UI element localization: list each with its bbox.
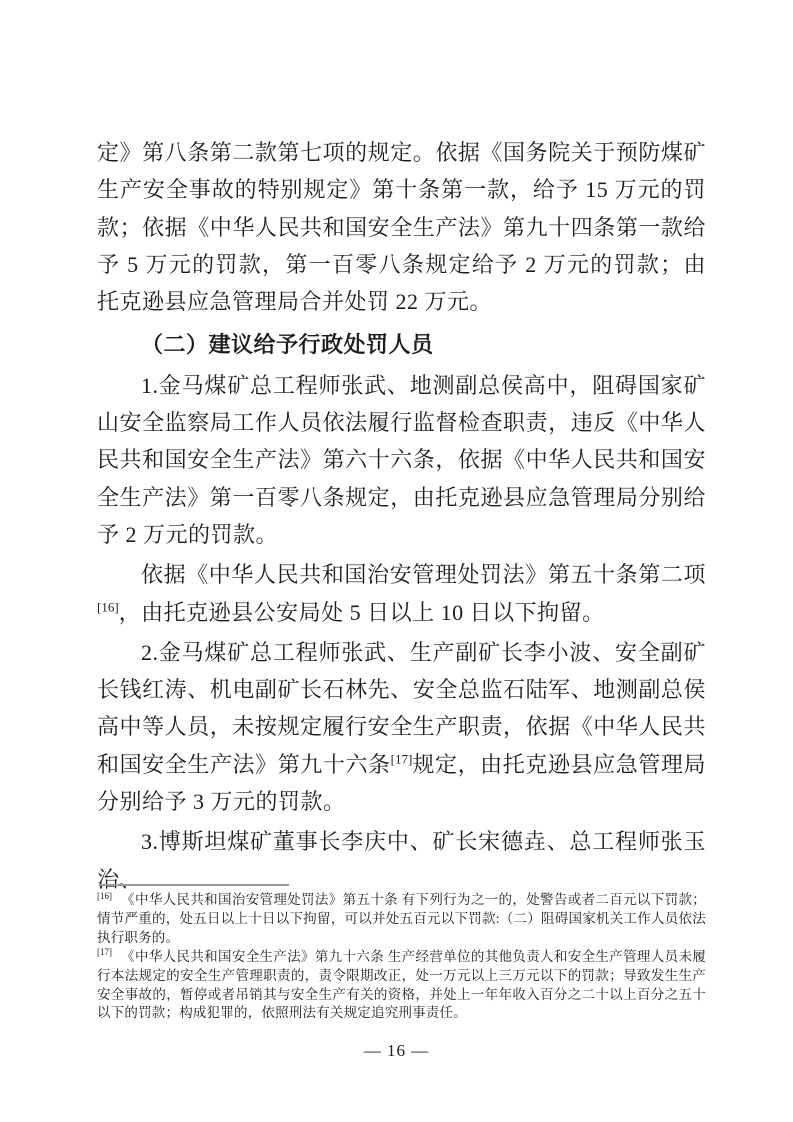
body-paragraph: 1.金马煤矿总工程师张武、地测副总侯高中，阻碍国家矿山安全监察局工作人员依法履行… [97,367,706,553]
body-paragraph: 定》第八条第二款第七项的规定。依据《国务院关于预防煤矿生产安全事故的特别规定》第… [97,134,706,320]
footnote-reference: [17] [391,751,413,766]
footnote-reference: [16] [97,599,119,614]
body-paragraph: 2.金马煤矿总工程师张武、生产副矿长李小波、安全副矿长钱红涛、机电副矿长石林先、… [97,634,706,820]
section-heading: （二）建议给予行政处罚人员 [97,326,706,363]
footnote-marker: [16] [97,891,112,901]
footnote-section: [16]《中华人民共和国治安管理处罚法》第五十条 有下列行为之一的，处警告或者二… [97,884,706,1023]
page-number: — 16 — [0,1041,793,1061]
footnote-item: [17]《中华人民共和国安全生产法》第九十六条 生产经营单位的其他负责人和安全生… [97,948,706,1024]
body-paragraph: 依据《中华人民共和国治安管理处罚法》第五十条第二项[16]，由托克逊县公安局处 … [97,556,706,631]
document-page: 定》第八条第二款第七项的规定。依据《国务院关于预防煤矿生产安全事故的特别规定》第… [0,0,793,1122]
footnote-item: [16]《中华人民共和国治安管理处罚法》第五十条 有下列行为之一的，处警告或者二… [97,891,706,948]
footnote-separator [99,884,289,886]
footnote-list: [16]《中华人民共和国治安管理处罚法》第五十条 有下列行为之一的，处警告或者二… [97,891,706,1023]
footnote-marker: [17] [97,947,112,957]
document-body: 定》第八条第二款第七项的规定。依据《国务院关于预防煤矿生产安全事故的特别规定》第… [97,134,706,898]
